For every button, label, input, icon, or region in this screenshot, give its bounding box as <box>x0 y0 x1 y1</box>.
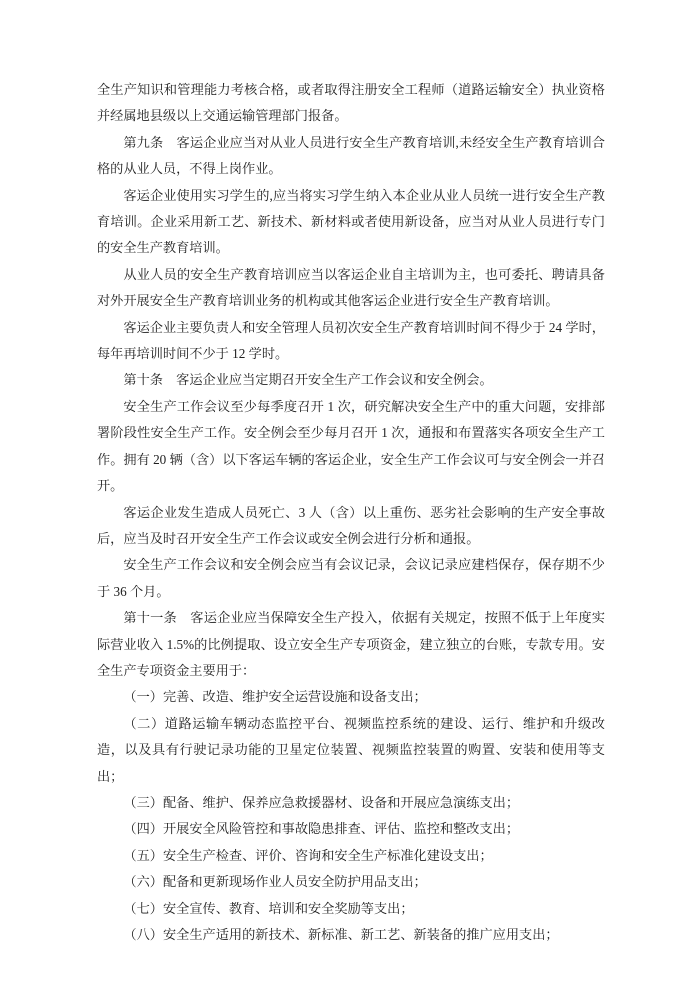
paragraph-list-item-1: （一）完善、改造、维护安全运营设施和设备支出； <box>97 684 605 710</box>
paragraph-article-10: 第十条 客运企业应当定期召开安全生产工作会议和安全例会。 <box>97 367 605 393</box>
document-page: 全生产知识和管理能力考核合格，或者取得注册安全工程师（道路运输安全）执业资格并经… <box>0 0 700 990</box>
paragraph-article-11: 第十一条 客运企业应当保障安全生产投入，依据有关规定，按照不低于上年度实际营业收… <box>97 605 605 684</box>
paragraph-article-9: 第九条 客运企业应当对从业人员进行安全生产教育培训,未经安全生产教育培训合格的从… <box>97 130 605 183</box>
paragraph-continuation: 全生产知识和管理能力考核合格，或者取得注册安全工程师（道路运输安全）执业资格并经… <box>97 77 605 130</box>
paragraph: 安全生产工作会议和安全例会应当有会议记录，会议记录应建档保存，保存期不少于 36… <box>97 552 605 605</box>
paragraph-list-item-2: （二）道路运输车辆动态监控平台、视频监控系统的建设、运行、维护和升级改造，以及具… <box>97 711 605 790</box>
paragraph-list-item-5: （五）安全生产检查、评价、咨询和安全生产标准化建设支出； <box>97 843 605 869</box>
paragraph: 客运企业主要负责人和安全管理人员初次安全生产教育培训时间不得少于 24 学时，每… <box>97 315 605 368</box>
paragraph-list-item-6: （六）配备和更新现场作业人员安全防护用品支出； <box>97 869 605 895</box>
paragraph: 客运企业使用实习学生的,应当将实习学生纳入本企业从业人员统一进行安全生产教育培训… <box>97 183 605 262</box>
paragraph: 客运企业发生造成人员死亡、3 人（含）以上重伤、恶劣社会影响的生产安全事故后，应… <box>97 500 605 553</box>
paragraph-list-item-7: （七）安全宣传、教育、培训和安全奖励等支出； <box>97 896 605 922</box>
paragraph-list-item-8: （八）安全生产适用的新技术、新标准、新工艺、新装备的推广应用支出； <box>97 922 605 948</box>
paragraph-list-item-4: （四）开展安全风险管控和事故隐患排查、评估、监控和整改支出； <box>97 816 605 842</box>
paragraph: 从业人员的安全生产教育培训应当以客运企业自主培训为主，也可委托、聘请具备对外开展… <box>97 262 605 315</box>
paragraph-list-item-3: （三）配备、维护、保养应急救援器材、设备和开展应急演练支出； <box>97 790 605 816</box>
paragraph: 安全生产工作会议至少每季度召开 1 次，研究解决安全生产中的重大问题，安排部署阶… <box>97 394 605 500</box>
